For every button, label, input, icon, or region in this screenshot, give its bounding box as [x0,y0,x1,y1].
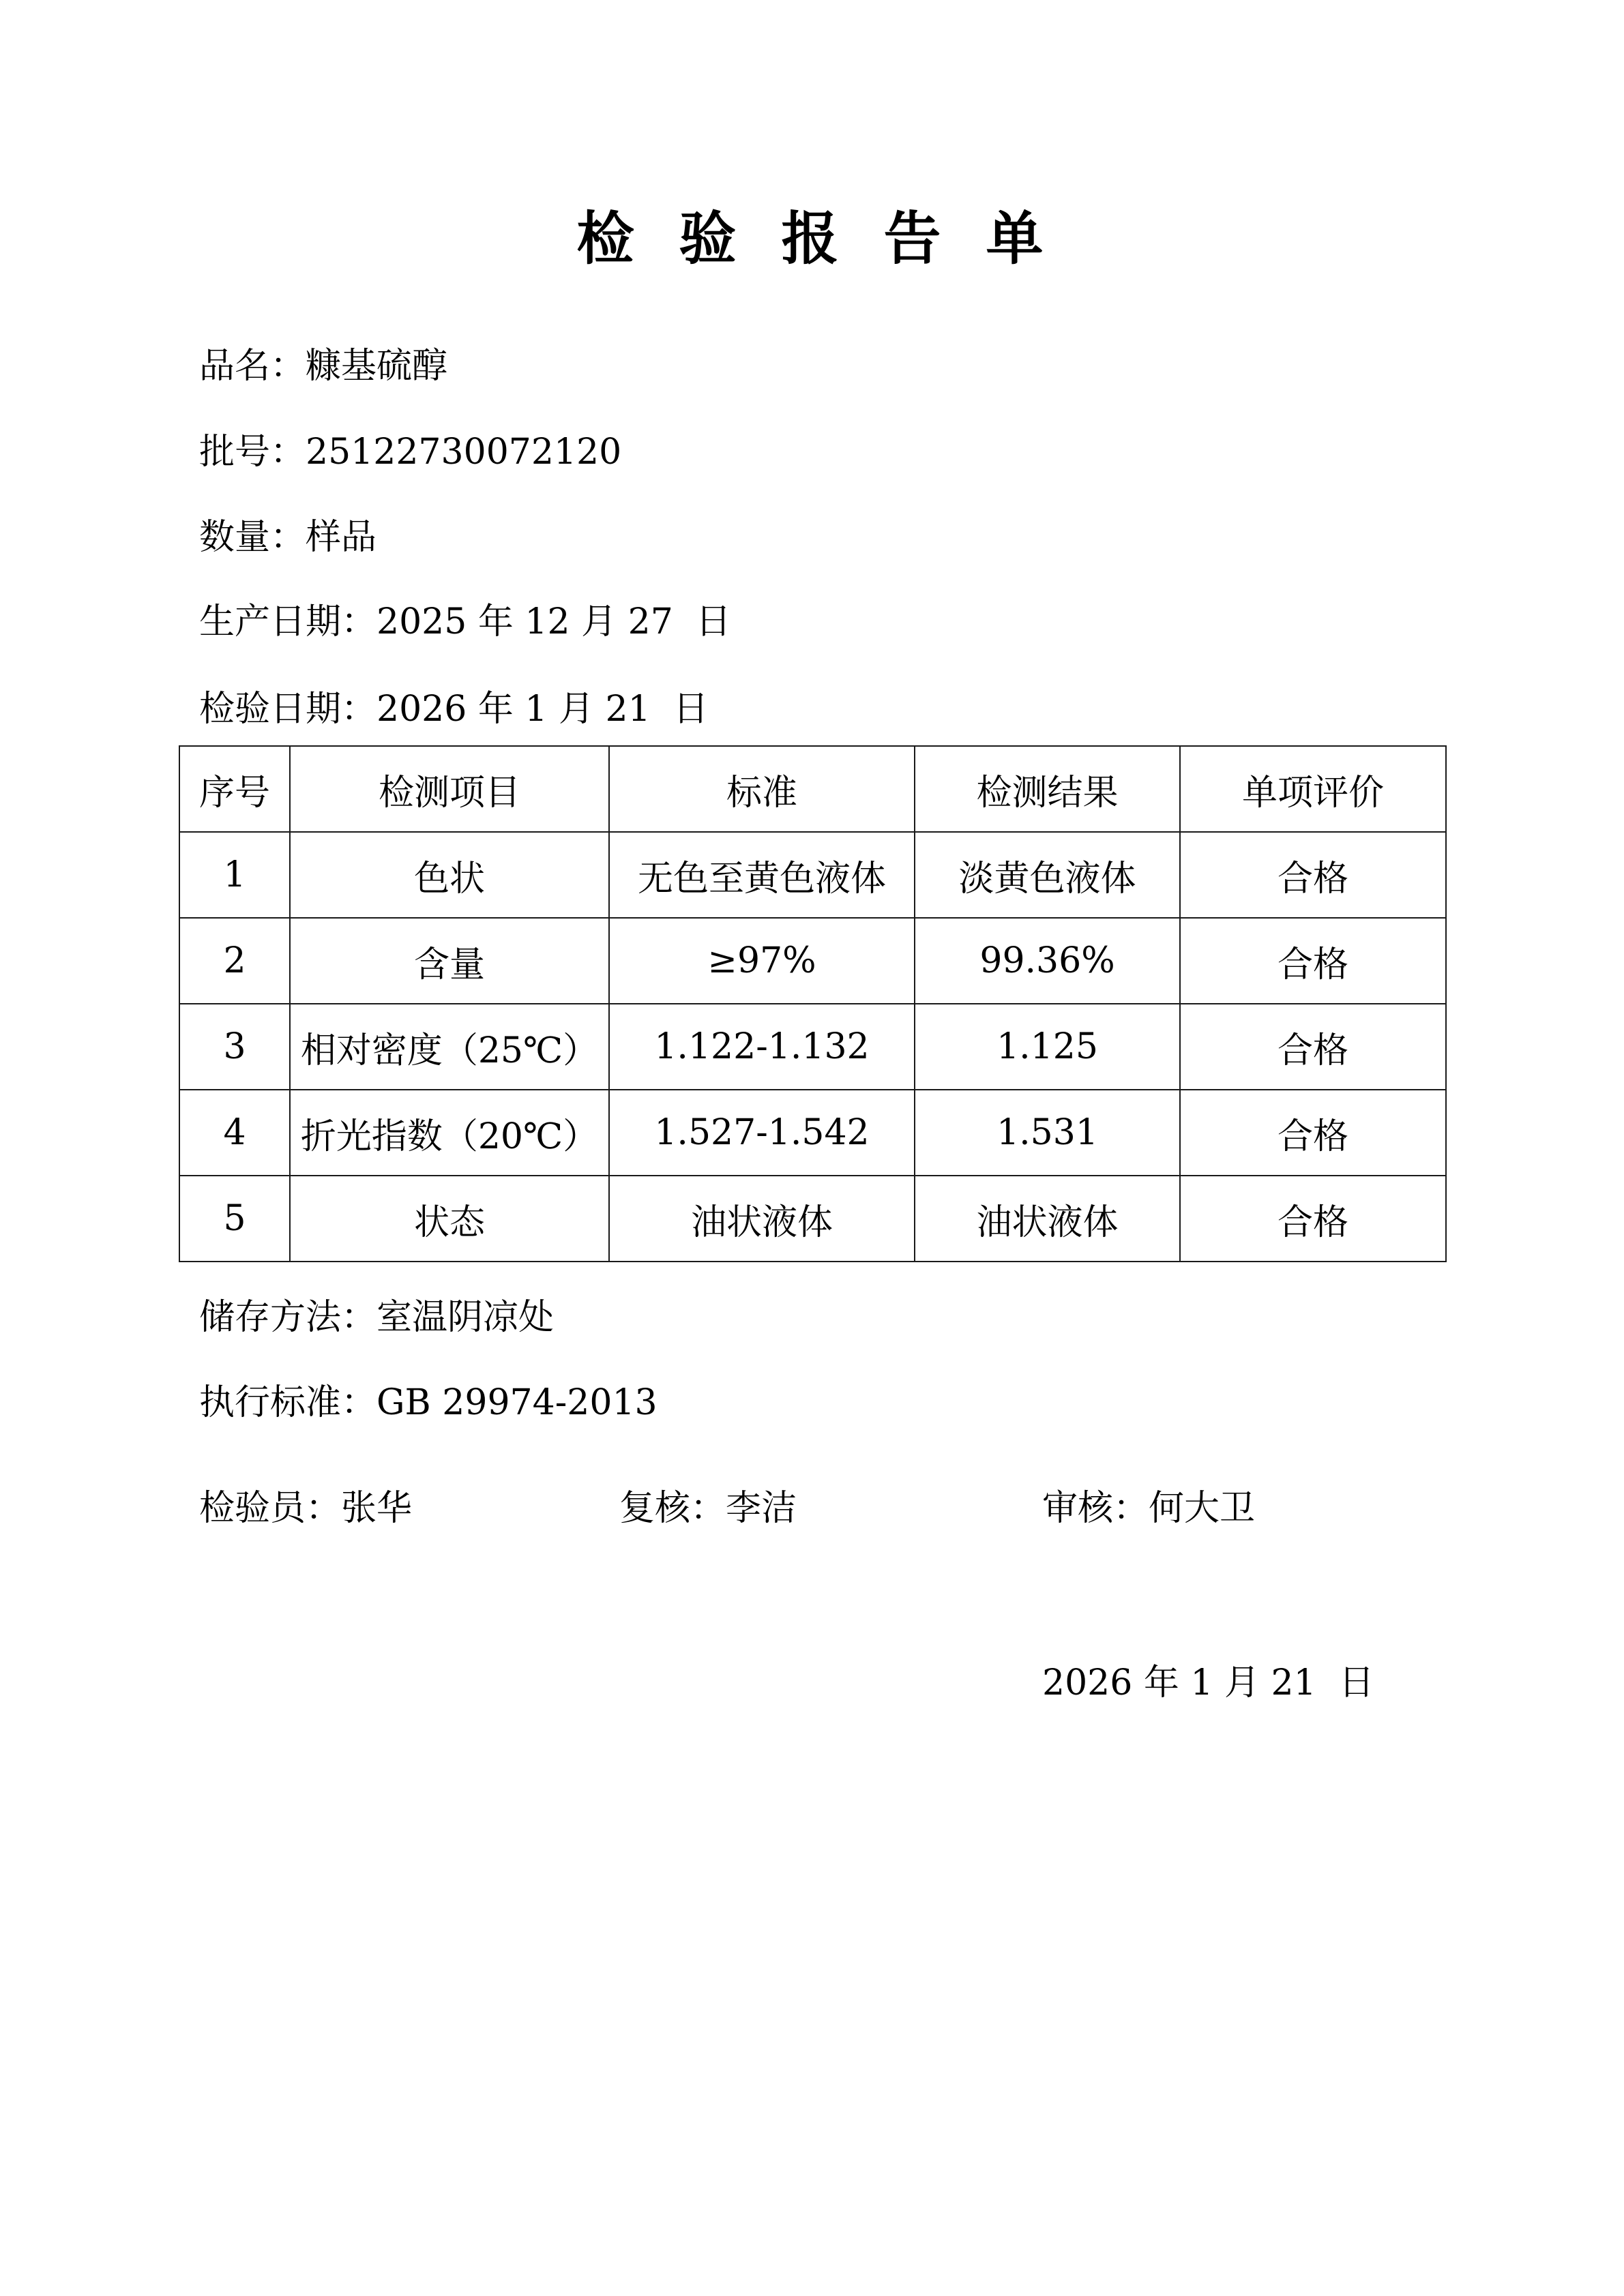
cell-no: 5 [179,1176,290,1262]
inspection-date-line: 检验日期：2026 年 1 月 21 日 [199,687,709,731]
inspector-label: 检验员： [199,1488,341,1529]
cell-no: 4 [179,1090,290,1176]
inspector-name: 张华 [341,1488,412,1529]
batch-no-label: 批号： [199,432,306,473]
header-cell-evaluation: 单项评价 [1180,746,1446,832]
cell-evaluation: 合格 [1180,918,1446,1004]
header-cell-item: 检测项目 [290,746,609,832]
cell-evaluation: 合格 [1180,832,1446,918]
storage-value: 室温阴凉处 [377,1297,554,1338]
table-row: 1 色状 无色至黄色液体 淡黄色液体 合格 [179,832,1446,918]
approver-label: 审核： [1042,1488,1149,1529]
cell-evaluation: 合格 [1180,1176,1446,1262]
quantity-label: 数量： [199,517,306,558]
product-name-line: 品名：糠基硫醇 [199,344,447,388]
inspection-results-table: 序号 检测项目 标准 检测结果 单项评价 1 色状 无色至黄色液体 淡黄色液体 … [179,745,1447,1262]
product-name-value: 糠基硫醇 [306,346,447,387]
table-header-row: 序号 检测项目 标准 检测结果 单项评价 [179,746,1446,832]
approver-name: 何大卫 [1149,1488,1255,1529]
production-date-line: 生产日期：2025 年 12 月 27 日 [199,600,731,644]
footer-date: 2026 年 1 月 21 日 [1042,1661,1374,1705]
quantity-value: 样品 [306,517,377,558]
table-row: 2 含量 ≥97% 99.36% 合格 [179,918,1446,1004]
cell-evaluation: 合格 [1180,1090,1446,1176]
header-cell-result: 检测结果 [915,746,1180,832]
cell-item: 色状 [290,832,609,918]
cell-result: 99.36% [915,918,1180,1004]
cell-no: 3 [179,1004,290,1090]
reviewer-label: 复核： [619,1488,726,1529]
quantity-line: 数量：样品 [199,516,377,559]
cell-result: 1.531 [915,1090,1180,1176]
cell-item: 相对密度（25℃） [290,1004,609,1090]
cell-item: 状态 [290,1176,609,1262]
batch-no-value: 25122730072120 [306,432,621,473]
product-name-label: 品名： [199,346,306,387]
inspector-signature: 检验员：张华 [199,1487,412,1530]
standard-value: GB 29974-2013 [377,1382,658,1423]
storage-label: 储存方法： [199,1297,377,1338]
cell-standard: 无色至黄色液体 [609,832,915,918]
standard-line: 执行标准：GB 29974-2013 [199,1381,658,1425]
inspection-date-value: 2026 年 1 月 21 日 [377,689,709,730]
batch-no-line: 批号：25122730072120 [199,430,621,474]
cell-result: 油状液体 [915,1176,1180,1262]
report-title: 检验报告单 [0,205,1624,273]
production-date-label: 生产日期： [199,601,377,642]
storage-line: 储存方法：室温阴凉处 [199,1296,554,1339]
header-cell-no: 序号 [179,746,290,832]
cell-item: 含量 [290,918,609,1004]
cell-standard: 油状液体 [609,1176,915,1262]
cell-result: 1.125 [915,1004,1180,1090]
header-cell-standard: 标准 [609,746,915,832]
table-row: 4 折光指数（20℃） 1.527-1.542 1.531 合格 [179,1090,1446,1176]
cell-no: 2 [179,918,290,1004]
cell-standard: 1.122-1.132 [609,1004,915,1090]
cell-standard: 1.527-1.542 [609,1090,915,1176]
inspection-date-label: 检验日期： [199,689,377,730]
cell-item: 折光指数（20℃） [290,1090,609,1176]
reviewer-name: 李洁 [726,1488,797,1529]
production-date-value: 2025 年 12 月 27 日 [377,601,731,642]
table-row: 3 相对密度（25℃） 1.122-1.132 1.125 合格 [179,1004,1446,1090]
cell-standard: ≥97% [609,918,915,1004]
approver-signature: 审核：何大卫 [1042,1487,1255,1530]
cell-evaluation: 合格 [1180,1004,1446,1090]
standard-label: 执行标准： [199,1382,377,1423]
cell-result: 淡黄色液体 [915,832,1180,918]
reviewer-signature: 复核：李洁 [619,1487,797,1530]
table-row: 5 状态 油状液体 油状液体 合格 [179,1176,1446,1262]
cell-no: 1 [179,832,290,918]
